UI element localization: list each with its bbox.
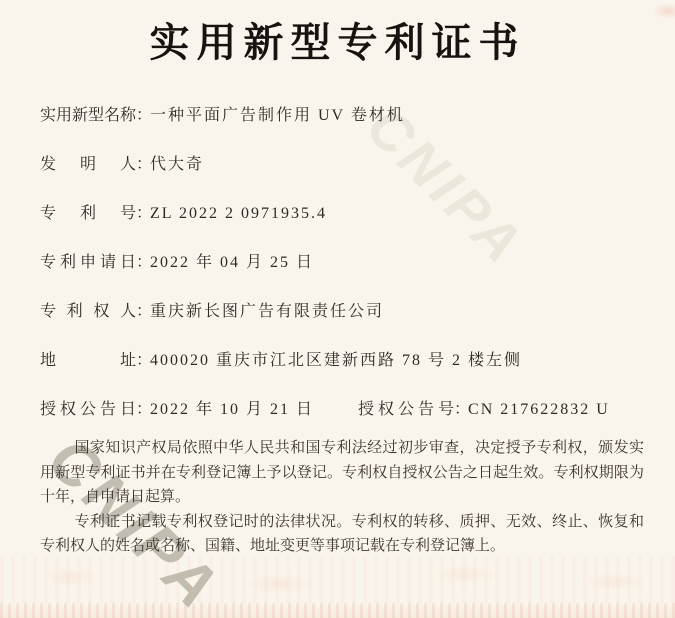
grant-number-label: 授权公告号 — [358, 400, 454, 420]
field-value: 2022 年 04 月 25 日 — [150, 254, 314, 271]
field-label: 专利号 — [40, 204, 136, 224]
field-label: 地址 — [40, 351, 136, 371]
field-value: 代大奇 — [150, 156, 204, 173]
field-row-inventor: 发明人：代大奇 — [40, 155, 645, 175]
field-colon: ： — [136, 106, 150, 126]
faded-guilloche-speckles — [0, 556, 675, 604]
field-colon: ： — [136, 204, 150, 224]
legal-paragraph-grant-statement: 国家知识产权局依照中华人民共和国专利法经过初步审查，决定授予专利权，颁发实用新型… — [40, 436, 644, 510]
field-label: 专利申请日 — [40, 253, 136, 273]
field-row-utility-model-name: 实用新型名称：一种平面广告制作用 UV 卷材机 — [40, 106, 645, 126]
field-value: 400020 重庆市江北区建新西路 78 号 2 楼左侧 — [150, 352, 522, 369]
grant-date-label: 授权公告日 — [40, 400, 136, 420]
legal-paragraph-register-statement: 专利证书记载专利权登记时的法律状况。专利权的转移、质押、无效、终止、恢复和专利权… — [40, 510, 644, 559]
field-colon: ： — [136, 351, 150, 371]
field-colon: ： — [136, 400, 150, 420]
field-row-address: 地址：400020 重庆市江北区建新西路 78 号 2 楼左侧 — [40, 351, 645, 371]
grant-date-value: 2022 年 10 月 21 日 — [150, 401, 314, 418]
field-value: ZL 2022 2 0971935.4 — [150, 205, 327, 222]
field-row-patent-number: 专利号：ZL 2022 2 0971935.4 — [40, 204, 645, 224]
certificate-content: 实用新型专利证书 实用新型名称：一种平面广告制作用 UV 卷材机 发明人：代大奇… — [0, 0, 675, 68]
field-colon: ： — [454, 400, 468, 420]
field-row-grant: 授权公告日：2022 年 10 月 21 日授权公告号：CN 217622832… — [40, 400, 645, 420]
field-colon: ： — [136, 302, 150, 322]
grant-number-value: CN 217622832 U — [468, 401, 610, 418]
field-label: 专利权人 — [40, 302, 136, 322]
field-label: 实用新型名称 — [40, 106, 136, 126]
field-colon: ： — [136, 155, 150, 175]
certificate-fields: 实用新型名称：一种平面广告制作用 UV 卷材机 发明人：代大奇 专利号：ZL 2… — [40, 106, 645, 449]
field-row-patentee: 专利权人：重庆新长图广告有限责任公司 — [40, 302, 645, 322]
field-row-filing-date: 专利申请日：2022 年 04 月 25 日 — [40, 253, 645, 273]
field-colon: ： — [136, 253, 150, 273]
patent-certificate-page: CNIPA CNIPA 实用新型专利证书 实用新型名称：一种平面广告制作用 UV… — [0, 0, 675, 618]
certificate-title: 实用新型专利证书 — [0, 0, 675, 68]
field-label: 发明人 — [40, 155, 136, 175]
field-value: 重庆新长图广告有限责任公司 — [150, 303, 384, 320]
bottom-border-pattern — [0, 603, 675, 618]
field-value: 一种平面广告制作用 UV 卷材机 — [150, 107, 405, 124]
legal-paragraphs: 国家知识产权局依照中华人民共和国专利法经过初步审查，决定授予专利权，颁发实用新型… — [40, 436, 644, 559]
